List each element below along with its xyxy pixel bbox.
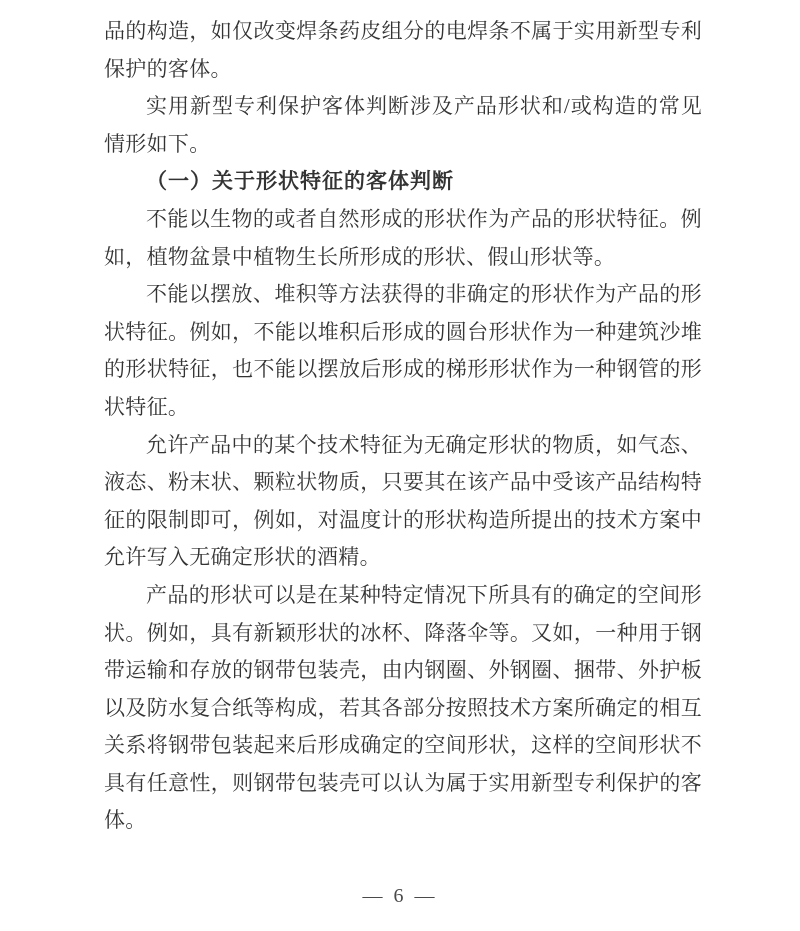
page-footer: — 6 — xyxy=(0,882,800,910)
paragraph-continuation: 品的构造，如仅改变焊条药皮组分的电焊条不属于实用新型专利保护的客体。 xyxy=(104,13,702,88)
section-heading-shape-feature: （一）关于形状特征的客体判断 xyxy=(104,163,702,201)
paragraph-amorphous-substance: 允许产品中的某个技术特征为无确定形状的物质，如气态、液态、粉末状、颗粒状物质，只… xyxy=(104,427,702,577)
document-page: 品的构造，如仅改变焊条药皮组分的电焊条不属于实用新型专利保护的客体。 实用新型专… xyxy=(0,0,800,931)
paragraph-spatial-shape: 产品的形状可以是在某种特定情况下所具有的确定的空间形状。例如，具有新颖形状的冰杯… xyxy=(104,577,702,840)
paragraph-intro: 实用新型专利保护客体判断涉及产品形状和/或构造的常见情形如下。 xyxy=(104,88,702,163)
page-number-label: — 6 — xyxy=(363,885,438,907)
paragraph-natural-shape: 不能以生物的或者自然形成的形状作为产品的形状特征。例如，植物盆景中植物生长所形成… xyxy=(104,201,702,276)
paragraph-stacking-shape: 不能以摆放、堆积等方法获得的非确定的形状作为产品的形状特征。例如，不能以堆积后形… xyxy=(104,276,702,426)
document-body: 品的构造，如仅改变焊条药皮组分的电焊条不属于实用新型专利保护的客体。 实用新型专… xyxy=(104,13,702,840)
